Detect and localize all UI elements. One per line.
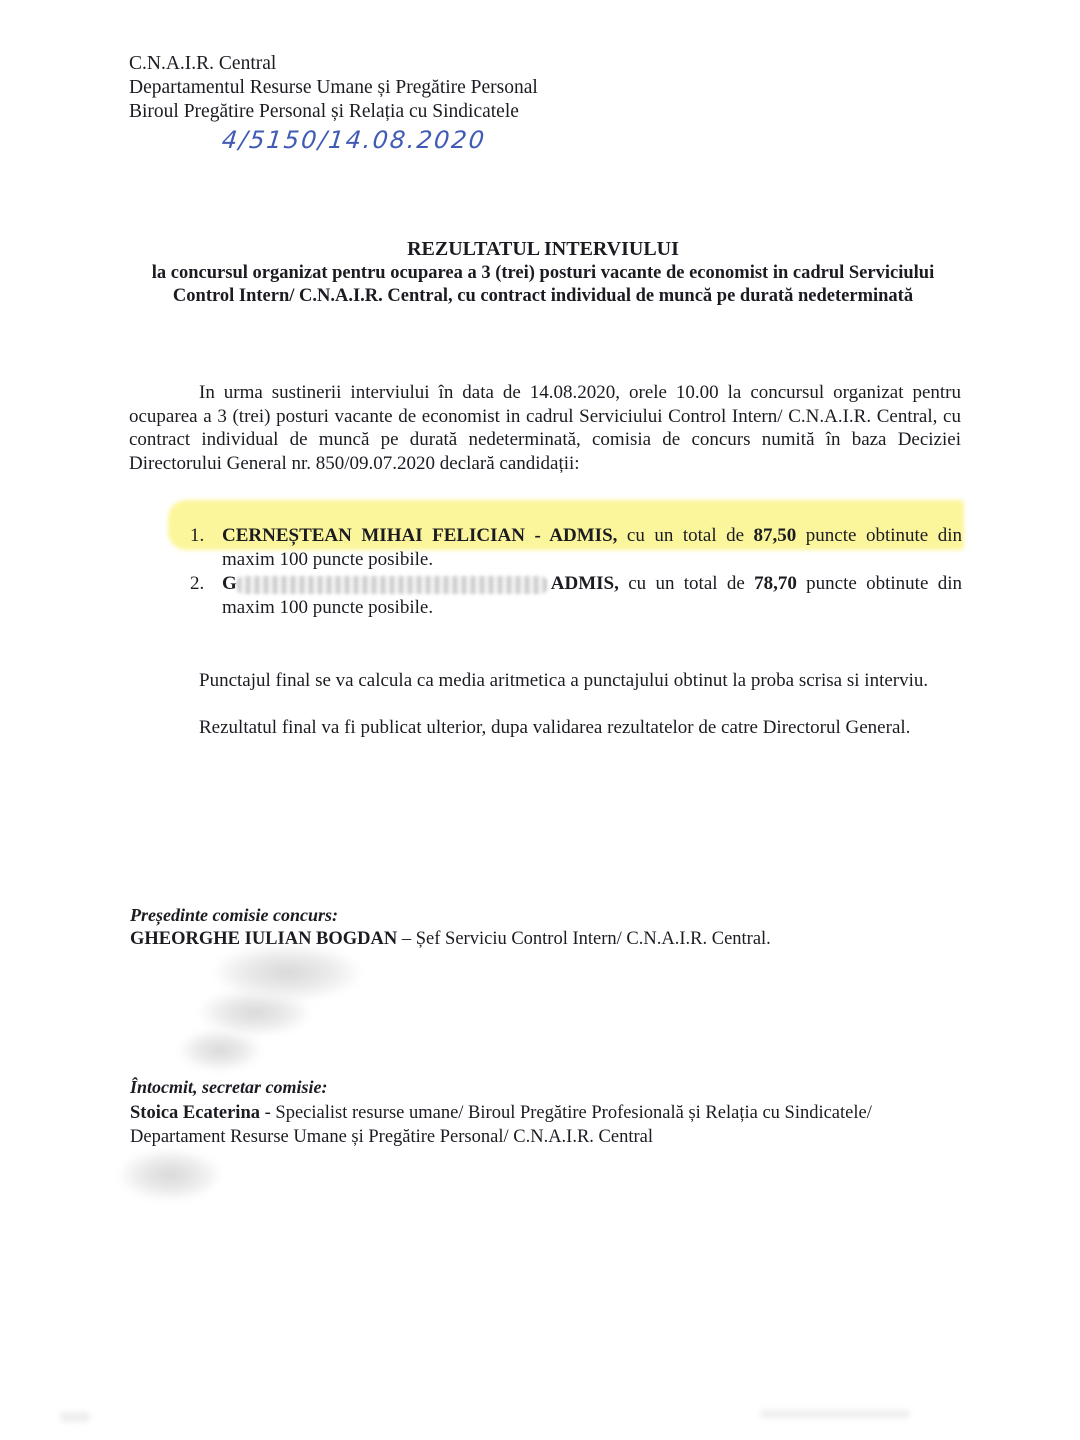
president-role: – Șef Serviciu Control Intern/ C.N.A.I.R… bbox=[397, 929, 771, 949]
header-line-institution: C.N.A.I.R. Central bbox=[129, 52, 538, 76]
secretary-name: Stoica Ecaterina bbox=[130, 1103, 260, 1123]
header-line-office: Biroul Pregătire Personal și Relația cu … bbox=[129, 100, 538, 124]
document-page: C.N.A.I.R. Central Departamentul Resurse… bbox=[0, 0, 1080, 1440]
candidate-score: 87,50 bbox=[754, 525, 797, 546]
secretary-role: - Specialist resurse umane/ Biroul Pregă… bbox=[260, 1103, 872, 1123]
document-title: REZULTATUL INTERVIULUI la concursul orga… bbox=[128, 238, 958, 309]
candidate-name-initial: G bbox=[222, 573, 237, 594]
secretary-department: Departament Resurse Umane și Pregătire P… bbox=[130, 1126, 653, 1150]
score-prefix: cu un total de bbox=[617, 525, 753, 546]
blurred-signature bbox=[200, 990, 310, 1035]
scan-artifact bbox=[60, 1412, 90, 1422]
subtitle: la concursul organizat pentru ocuparea a… bbox=[128, 262, 958, 309]
candidate-number: 1. bbox=[190, 524, 204, 548]
blurred-signature bbox=[120, 1150, 220, 1200]
main-title: REZULTATUL INTERVIULUI bbox=[128, 238, 958, 262]
secretary-line: Stoica Ecaterina - Specialist resurse um… bbox=[130, 1102, 872, 1126]
blurred-signature bbox=[180, 1030, 260, 1070]
scan-artifact bbox=[760, 1410, 910, 1418]
secretary-label: Întocmit, secretar comisie: bbox=[130, 1077, 327, 1098]
final-result-paragraph: Rezultatul final va fi publicat ulterior… bbox=[129, 716, 961, 740]
candidate-status: ADMIS, bbox=[551, 573, 619, 594]
registration-number: 4/5150/14.08.2020 bbox=[221, 126, 488, 154]
candidate-status: - ADMIS, bbox=[535, 525, 618, 546]
president-line: GHEORGHE IULIAN BOGDAN – Șef Serviciu Co… bbox=[130, 928, 771, 952]
candidate-list-item: 2. GADMIS, cu un total de 78,70 puncte o… bbox=[190, 572, 962, 619]
final-score-paragraph: Punctajul final se va calcula ca media a… bbox=[129, 669, 961, 693]
president-label: Președinte comisie concurs: bbox=[130, 905, 338, 926]
candidate-number: 2. bbox=[190, 572, 204, 596]
candidate-score: 78,70 bbox=[754, 573, 797, 594]
institution-header: C.N.A.I.R. Central Departamentul Resurse… bbox=[129, 52, 538, 124]
candidate-list-item: 1. CERNEȘTEAN MIHAI FELICIAN - ADMIS, cu… bbox=[190, 524, 962, 571]
redacted-name bbox=[237, 576, 547, 594]
candidate-name: CERNEȘTEAN MIHAI FELICIAN bbox=[222, 525, 525, 546]
header-line-department: Departamentul Resurse Umane și Pregătire… bbox=[129, 76, 538, 100]
intro-paragraph: In urma sustinerii interviului în data d… bbox=[129, 381, 961, 475]
score-prefix: cu un total de bbox=[619, 573, 754, 594]
